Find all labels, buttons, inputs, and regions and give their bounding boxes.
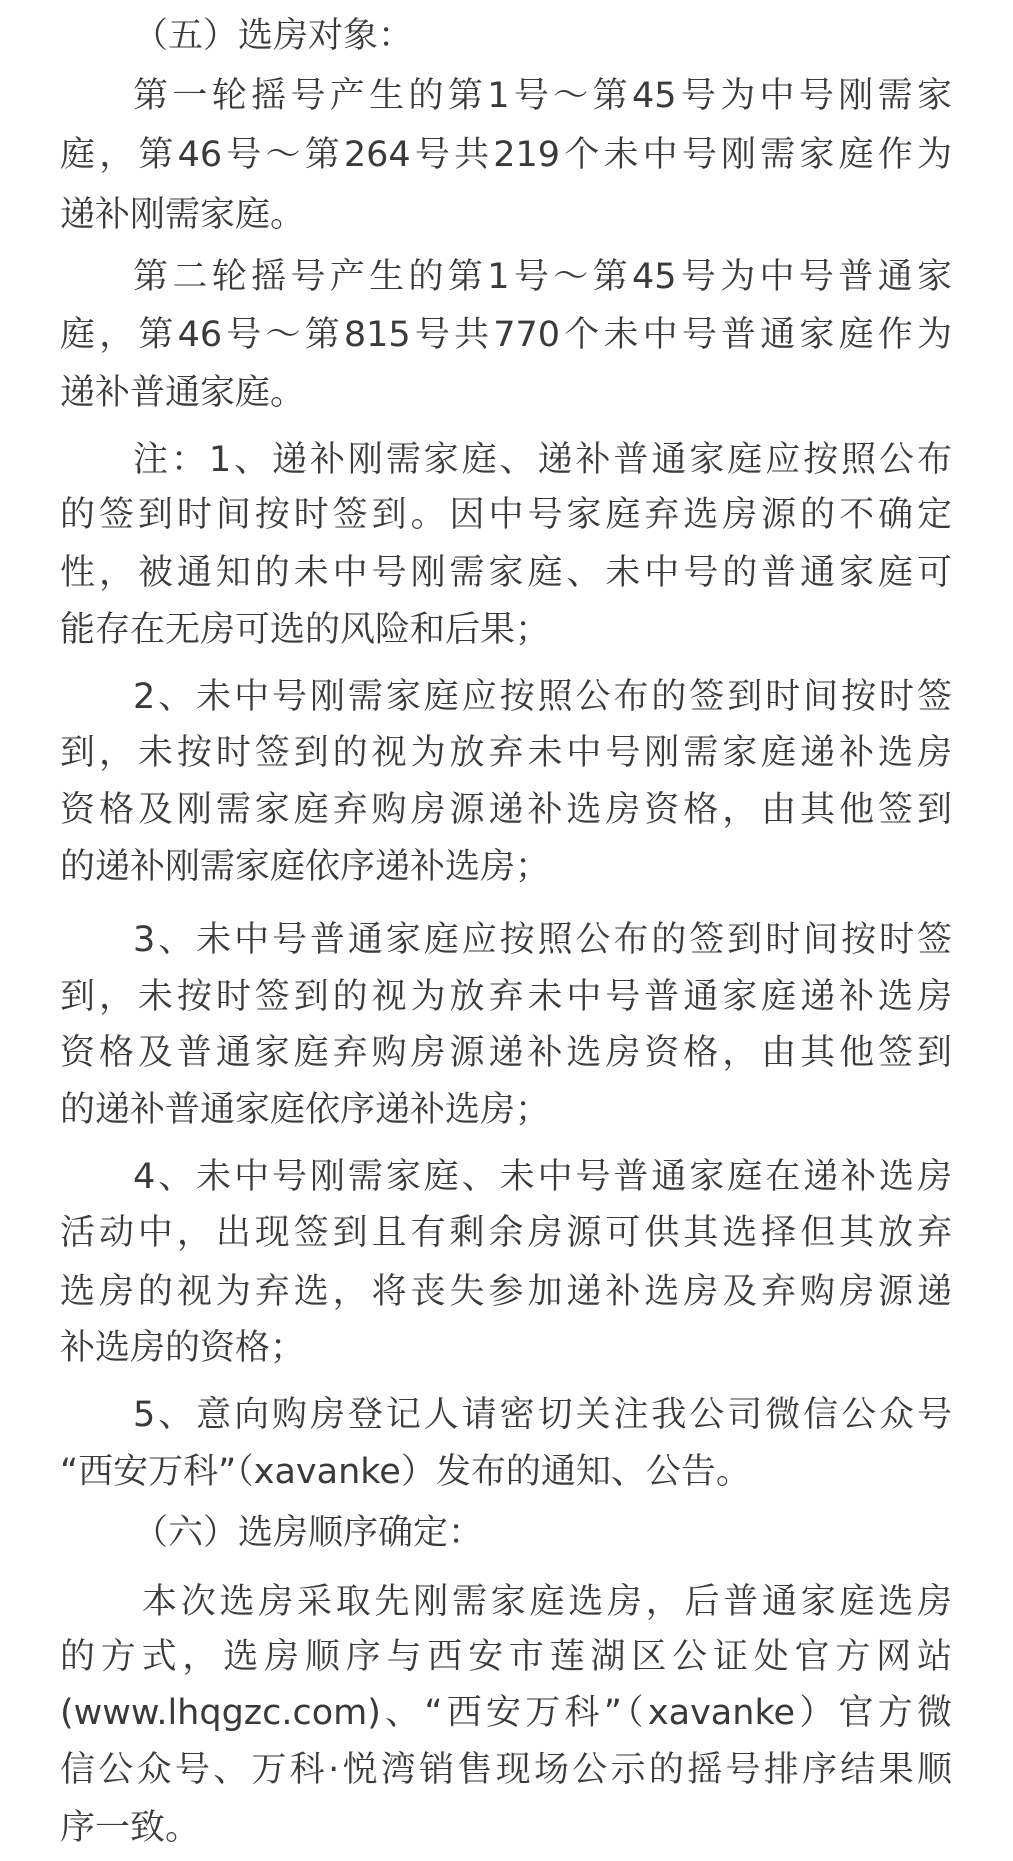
text-line: 第一轮摇号产生的第1号～第45号为中号刚需家 xyxy=(133,72,952,120)
text-line: 资格及刚需家庭弃购房源递补选房资格，由其他签到 xyxy=(60,786,952,834)
section-heading-5: （五）选房对象： xyxy=(133,12,413,60)
text-line: 递补普通家庭。 xyxy=(60,369,952,417)
text-line: 的方式，选房顺序与西安市莲湖区公证处官方网站 xyxy=(60,1633,952,1681)
text-line: 信公众号、万科·悦湾销售现场公示的摇号排序结果顺 xyxy=(60,1746,952,1794)
text-line: 4、未中号刚需家庭、未中号普通家庭在递补选房 xyxy=(133,1153,952,1201)
text-line: (www.lhqgzc.com)、“西安万科”（xavanke）官方微 xyxy=(60,1689,952,1737)
text-line: 的递补普通家庭依序递补选房； xyxy=(60,1086,952,1134)
text-line: 选房的视为弃选，将丧失参加递补选房及弃购房源递 xyxy=(60,1268,952,1316)
text-line: 活动中，出现签到且有剩余房源可供其选择但其放弃 xyxy=(60,1209,952,1257)
text-line: “西安万科”（xavanke）发布的通知、公告。 xyxy=(60,1448,952,1496)
text-line: 到，未按时签到的视为放弃未中号普通家庭递补选房 xyxy=(60,973,952,1021)
text-line: 庭，第46号～第264号共219个未中号刚需家庭作为 xyxy=(60,131,952,179)
document-page: （五）选房对象： 第一轮摇号产生的第1号～第45号为中号刚需家 庭，第46号～第… xyxy=(0,0,1013,1861)
text-line: 3、未中号普通家庭应按照公布的签到时间按时签 xyxy=(133,916,952,964)
text-line: 5、意向购房登记人请密切关注我公司微信公众号 xyxy=(133,1391,952,1439)
text-line: 本次选房采取先刚需家庭选房，后普通家庭选房 xyxy=(142,1578,952,1626)
text-line: 能存在无房可选的风险和后果； xyxy=(60,606,952,654)
text-line: 资格及普通家庭弃购房源递补选房资格，由其他签到 xyxy=(60,1029,952,1077)
text-line: 庭，第46号～第815号共770个未中号普通家庭作为 xyxy=(60,311,952,359)
section-heading-6: （六）选房顺序确定： xyxy=(133,1509,483,1557)
text-line: 序一致。 xyxy=(60,1804,952,1852)
text-line: 性，被通知的未中号刚需家庭、未中号的普通家庭可 xyxy=(60,549,952,597)
text-line: 2、未中号刚需家庭应按照公布的签到时间按时签 xyxy=(133,673,952,721)
text-line: 递补刚需家庭。 xyxy=(60,191,952,239)
text-line: 的签到时间按时签到。因中号家庭弃选房源的不确定 xyxy=(60,491,952,539)
text-line: 到，未按时签到的视为放弃未中号刚需家庭递补选房 xyxy=(60,729,952,777)
text-line: 的递补刚需家庭依序递补选房； xyxy=(60,843,952,891)
text-line: 补选房的资格； xyxy=(60,1324,952,1372)
text-line: 第二轮摇号产生的第1号～第45号为中号普通家 xyxy=(133,253,952,301)
text-line: 注：1、递补刚需家庭、递补普通家庭应按照公布 xyxy=(133,436,952,484)
